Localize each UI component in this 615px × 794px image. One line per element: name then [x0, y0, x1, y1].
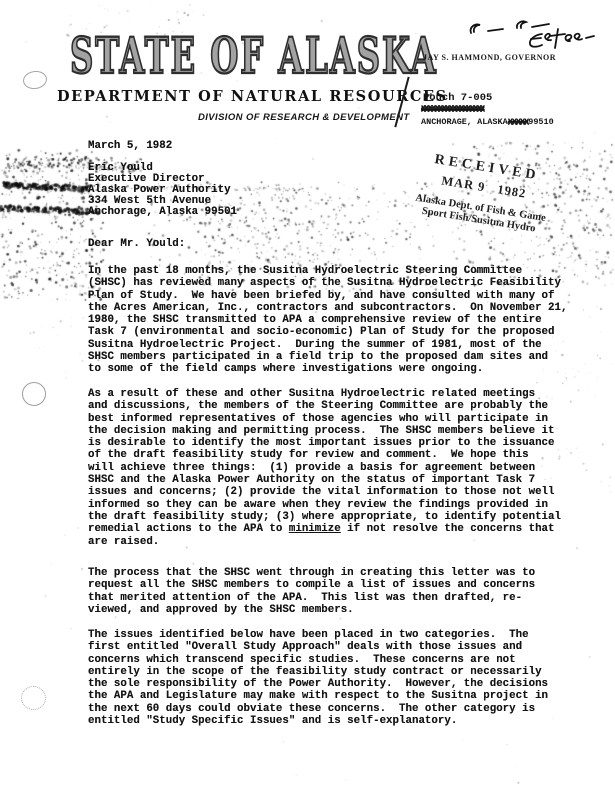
hole-punch-mark-top: [22, 69, 48, 90]
division-subtitle: DIVISION OF RESEARCH & DEVELOPMENT: [198, 112, 395, 123]
underlined-word: minimize: [289, 523, 341, 535]
received-stamp: RECEIVED MAR 9 1982 Alaska Dept. of Fish…: [390, 146, 576, 239]
redacted-zip: XXXXX: [508, 117, 529, 127]
redacted-address-line: XXXXXXXXXXXXXXXXXX: [421, 106, 484, 114]
letterhead-pouch-address: Pouch 7-005: [423, 92, 492, 104]
governor-line: JAY S. HAMMOND, GOVERNOR: [423, 53, 556, 62]
recipient-address-block: Eric Yould Executive Director Alaska Pow…: [88, 163, 237, 218]
handwritten-note: [390, 2, 605, 52]
body-paragraph-4: The issues identified below have been pl…: [88, 629, 548, 727]
salutation: Dear Mr. Yould:: [88, 238, 185, 250]
scanned-letter-page: STATE OF ALASKA DEPARTMENT OF NATURAL RE…: [0, 0, 615, 794]
state-of-alaska-logo: STATE OF ALASKA: [70, 28, 438, 86]
department-title: DEPARTMENT OF NATURAL RESOURCES: [57, 88, 448, 105]
letterhead-city-line: ANCHORAGE, ALASKAXXXXX99510: [421, 117, 554, 127]
body-paragraph-3: The process that the SHSC went through i…: [88, 567, 535, 616]
hole-punch-mark-bottom: [21, 686, 46, 710]
paragraph-2-text: As a result of these and other Susitna H…: [88, 388, 561, 535]
zip-text: 99510: [528, 117, 554, 127]
letter-date: March 5, 1982: [88, 140, 172, 152]
body-paragraph-2: As a result of these and other Susitna H…: [88, 388, 561, 548]
city-text: ANCHORAGE, ALASKA: [421, 117, 508, 127]
body-paragraph-1: In the past 18 months, the Susitna Hydro…: [88, 265, 567, 376]
hole-punch-mark-middle: [22, 382, 46, 406]
